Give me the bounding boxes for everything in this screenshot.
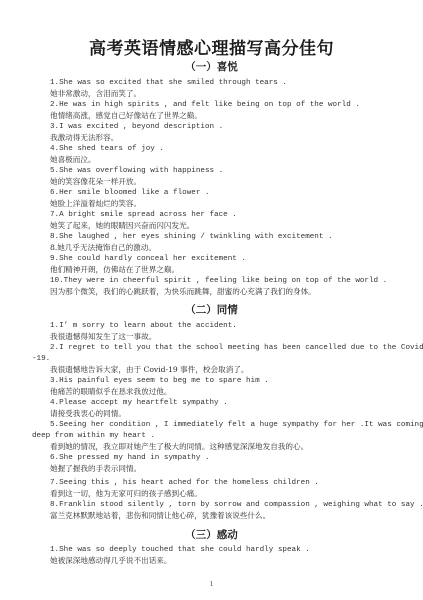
sentence-en-continued: deep from within my heart .	[32, 431, 155, 441]
section-heading-sympathy: （二）同情	[0, 302, 423, 317]
section-heading-joy: （一）喜悦	[0, 59, 423, 74]
sentence-en: 9.She could hardly conceal her excitemen…	[50, 254, 246, 264]
sentence-zh: 富兰克林默默地站着，悲伤和同情让他心碎，犹豫着该说些什么。	[50, 511, 270, 521]
sentence-en: 1.I’ m sorry to learn about the accident…	[50, 321, 237, 331]
sentence-en: 1.She was so excited that she smiled thr…	[50, 78, 287, 88]
sentence-en: 2.He was in high spirits , and felt like…	[50, 100, 360, 110]
sentence-zh: 8.她几乎无法掩饰自己的激动。	[50, 243, 156, 253]
sentence-zh: 他痛苦的眼睛似乎在恳求我放过他。	[50, 387, 172, 397]
sentence-en: 3.His painful eyes seem to beg me to spa…	[50, 376, 269, 386]
page-number: 1	[0, 580, 423, 588]
sentence-en: 7.A bright smile spread across her face …	[50, 210, 237, 220]
sentence-zh: 看到这一切，他为无家可归的孩子感到心痛。	[50, 489, 202, 499]
sentence-zh: 他们精神开朗，仿佛站在了世界之巅。	[50, 265, 179, 275]
sentence-en: 5.She was overflowing with happiness .	[50, 166, 223, 176]
sentence-en: 3.I was excited , beyond description .	[50, 122, 223, 132]
sentence-zh: 她非常激动，含泪而笑了。	[50, 89, 141, 99]
document-page: 高考英语情感心理描写高分佳句 （一）喜悦 1.She was so excite…	[0, 0, 423, 600]
sentence-zh: 她的笑容像花朵一样开放。	[50, 177, 141, 187]
sentence-zh: 看到她的情况，我立即对她产生了极大的同情。这种感觉深深地发自我的心。	[50, 442, 308, 452]
sentence-en: 4.Please accept my heartfelt sympathy .	[50, 398, 228, 408]
sentence-en: 6.She pressed my hand in sympathy .	[50, 453, 210, 463]
sentence-en: 1.She was so deeply touched that she cou…	[50, 545, 310, 555]
sentence-zh: 她脸上洋溢着灿烂的笑容。	[50, 199, 141, 209]
sentence-zh: 我激动得无法形容。	[50, 133, 118, 143]
sentence-zh: 我很遗憾得知发生了这一事故。	[50, 332, 156, 342]
sentence-en: 8.Franklin stood silently , torn by sorr…	[50, 500, 423, 510]
sentence-en: 5.Seeing her condition , I immediately f…	[50, 420, 423, 430]
sentence-zh: 请接受我衷心的同情。	[50, 409, 126, 419]
sentence-zh: 她被深深地感动得几乎说不出话来。	[50, 556, 172, 566]
sentence-en: 8.She laughed , her eyes shining / twink…	[50, 232, 333, 242]
sentence-zh: 我很遗憾地告诉大家，由于 Covid-19 事件，校会取消了。	[50, 365, 248, 375]
sentence-en-continued: -19.	[32, 354, 50, 364]
sentence-en: 2.I regret to tell you that the school m…	[50, 343, 423, 353]
sentence-en: 4.She shed tears of joy .	[50, 144, 164, 154]
sentence-zh: 她笑了起来，她的眼睛因兴奋而闪闪发光。	[50, 221, 194, 231]
sentence-en: 10.They were in cheerful spirit , feelin…	[50, 276, 387, 286]
sentence-zh: 因为那个微笑，我们的心跳跃着，为快乐而跳舞，甜蜜的心充满了我们的身体。	[50, 287, 316, 297]
section-heading-touched: （三）感动	[0, 527, 423, 542]
sentence-zh: 他情绪高涨，感觉自己好像站在了世界之巅。	[50, 111, 202, 121]
sentence-zh: 她握了握我的手表示同情。	[50, 464, 141, 474]
sentence-en: 6.Her smile bloomed like a flower .	[50, 188, 210, 198]
sentence-zh: 她喜极而泣。	[50, 155, 96, 165]
document-title: 高考英语情感心理描写高分佳句	[0, 34, 423, 59]
sentence-en: 7.Seeing this , his heart ached for the …	[50, 478, 319, 488]
